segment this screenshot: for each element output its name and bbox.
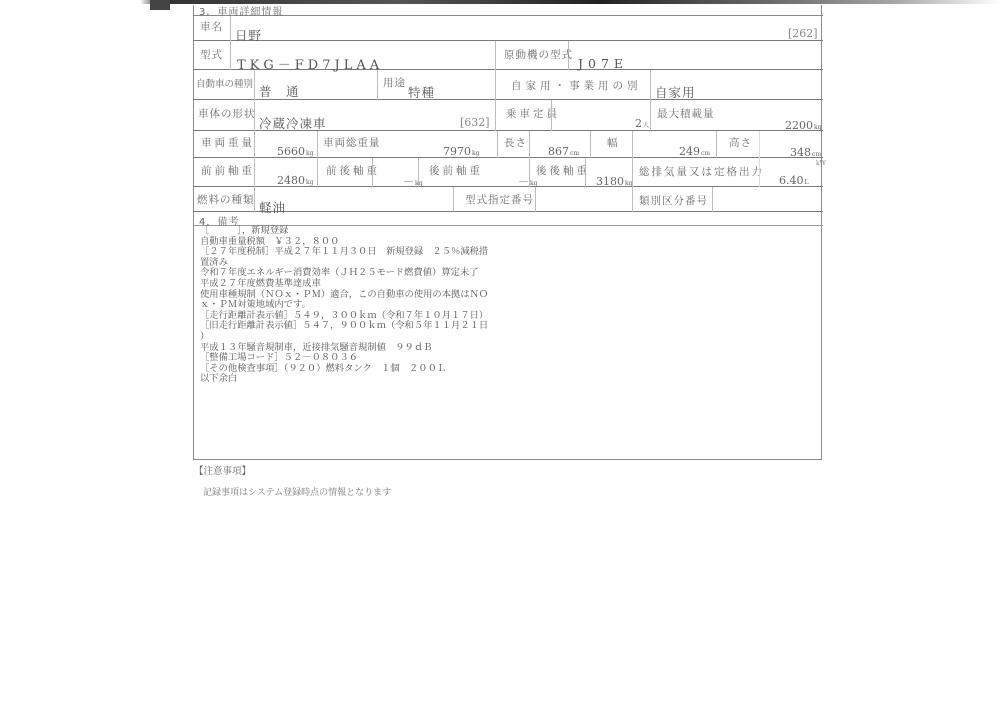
displacement-label-cell [193,158,760,187]
section4-header: 4．備考 [193,212,823,226]
maxload-divider [193,100,651,131]
max-load-label: 最大積載量 [657,106,715,121]
remarks-text: ［ ］，新規登録 自動車重量税額 ￥３２，８００ ［２７年度税制］平成２７年１１… [200,226,488,385]
displacement-value: 6.40L [779,174,808,187]
height-label-cell [193,131,760,158]
row-car-name: 車名 日野 [262] [193,16,823,41]
car-name-code: [262] [788,27,818,40]
caution-body: 記録事項はシステム登録時点の情報となります [203,485,391,498]
remark-line: ［旧走行距離計表示値］５４７，９００ｋｍ（令和５年１１月２１日 [200,321,488,332]
displacement-unit-kw: kW [816,160,826,167]
engine-model-label: 原動機の型式 [504,47,573,62]
remark-line: 平成２７年度燃費基準達成車 [200,279,488,290]
row-fuel: 燃料の種類 軽油 型式指定番号 類別区分番号 [193,187,823,212]
scan-edge-mark [150,0,170,10]
engine-model-value: J07E [578,56,628,71]
row-weight-dimensions: 車両重量 5660kg 車両総重量 7970kg 長さ 867cm 幅 249c… [193,131,823,158]
row-axle-weights: 前前軸重 2480kg 前後軸重 －kg 後前軸重 －kg 後後軸重 3180k… [193,158,823,187]
remark-line: 以下余白 [200,374,488,385]
row-body-shape: 車体の形状 冷蔵冷凍車 [632] 乗車定員 2人 最大積載量 2200kg [193,100,823,131]
remark-line: ） [200,332,488,343]
car-name-label: 車名 [200,19,223,34]
remark-line: ［その他検査事項］（９２０）燃料タンク １個 ２００Ｌ [200,364,488,375]
row-model: 型式 TKG－FD7JLAA 原動機の型式 J07E [193,41,823,70]
private-business-value: 自家用 [655,83,696,101]
category-label-cell [193,187,713,212]
section3-header: 3．車両詳細情報 [193,5,823,16]
caution-title: 【注意事項】 [194,463,251,477]
row-class: 自動車の種別 普 通 用途 特種 自家用・事業用の別 自家用 [193,70,823,100]
remark-line: ［ ］，新規登録 [200,226,488,237]
private-business-label: 自家用・事業用の別 [511,78,642,93]
remark-line: ［２７年度税制］平成２７年１１月３０日 新規登録 ２５％減税措 [200,247,488,258]
